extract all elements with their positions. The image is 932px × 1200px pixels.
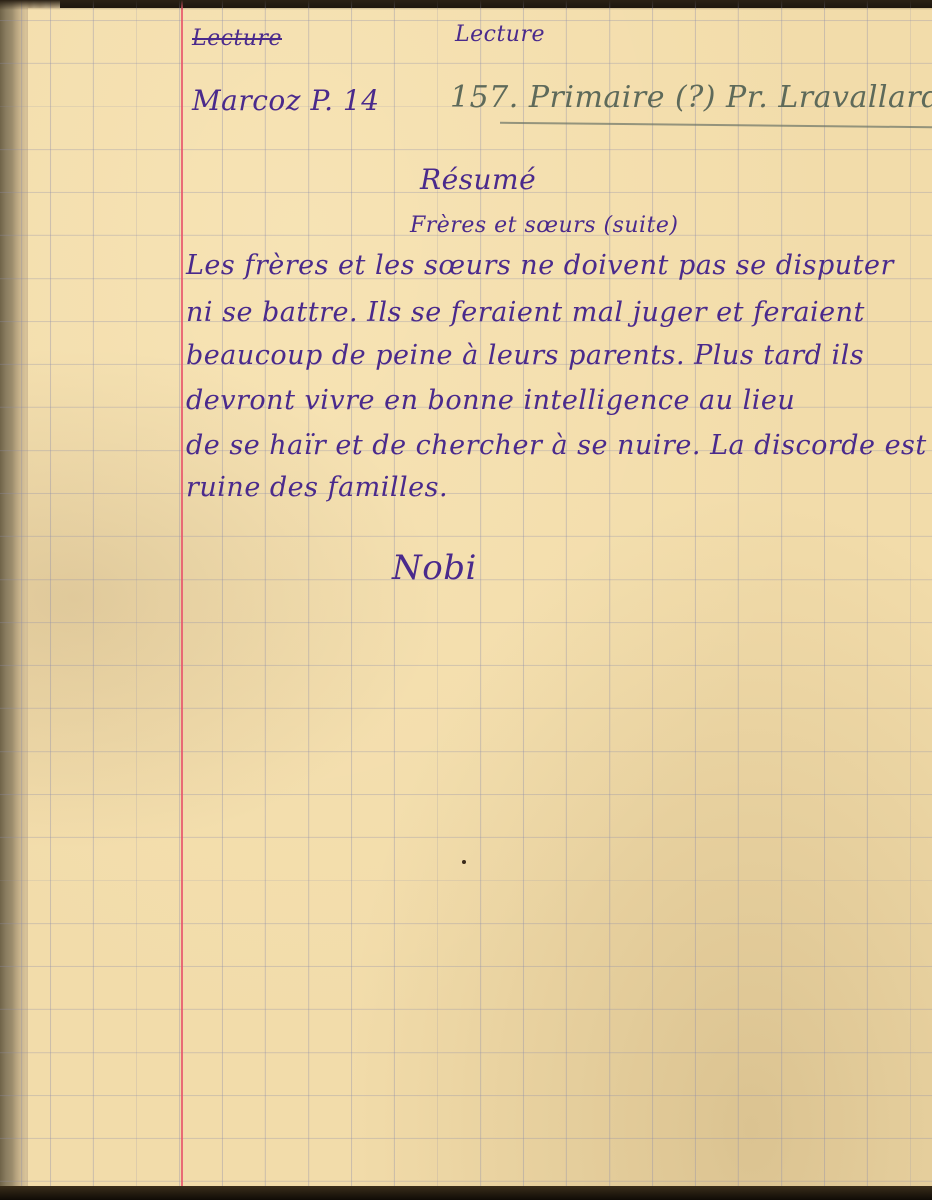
ink-speck: [462, 860, 466, 864]
header-right-reference: 157. Primaire (?) Pr. Lravallard et Aség…: [450, 80, 932, 115]
scanned-page: Lecture Marcoz P. 14 Lecture 157. Primai…: [0, 0, 932, 1200]
body-line: devront vivre en bonne intelligence au l…: [186, 385, 795, 416]
header-right-label: Lecture: [455, 22, 545, 47]
body-line: Les frères et les sœurs ne doivent pas s…: [186, 250, 894, 281]
page-title: Résumé: [420, 163, 536, 196]
header-left-label: Lecture: [192, 26, 282, 51]
signature: Nobi: [392, 548, 477, 588]
body-line: de se haïr et de chercher à se nuire. La…: [186, 430, 932, 461]
margin-line: [181, 0, 183, 1190]
page-subtitle: Frères et sœurs (suite): [410, 213, 679, 238]
body-line: ruine des familles.: [186, 472, 448, 503]
body-line: beaucoup de peine à leurs parents. Plus …: [186, 340, 864, 371]
header-left-reference: Marcoz P. 14: [192, 84, 380, 117]
bottom-edge-shadow: [0, 1186, 932, 1200]
top-edge-shadow: [0, 0, 932, 10]
body-line: ni se battre. Ils se feraient mal juger …: [186, 297, 865, 328]
